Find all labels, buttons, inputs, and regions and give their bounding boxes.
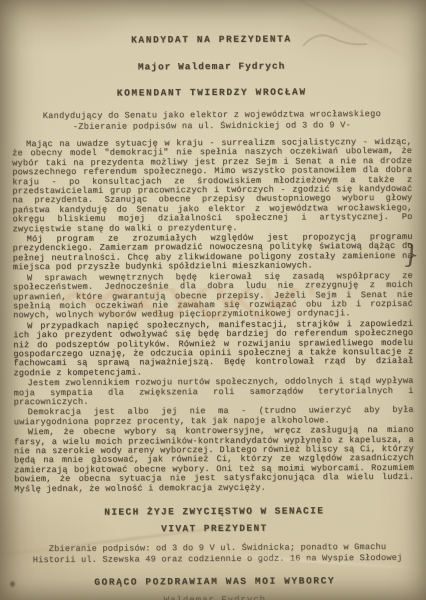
document-title: KANDYDAT NA PREZYDENTA (0, 0, 424, 46)
closing-line: GORĄCO POZDRAWIAM WAS MOI WYBORCY (2, 575, 426, 589)
slogan-president: VIVAT PREZYDENT (1, 522, 426, 536)
candidate-name: Major Waldemar Fydrych (0, 60, 425, 74)
candidate-role: KOMENDANT TWIERDZY WROCŁAW (0, 86, 425, 100)
body-paragraph: Jestem zwolennikiem rozwoju nurtów społe… (13, 377, 413, 408)
signature: Waldemar Fydrych (2, 594, 426, 600)
footer-note: Zbieranie podpisów: od 3 do 9 V ul. Świd… (1, 542, 426, 566)
body-text: Mając na uwadze sytuację w kraju - surre… (0, 138, 426, 495)
body-paragraph: Wiem, że obecne wybory są kontrowersyjne… (14, 426, 414, 494)
corner-ink-mark (9, 580, 16, 588)
body-paragraph: W przypadkach napięć społecznych, manife… (13, 319, 413, 378)
body-paragraph: Mając na uwadze sytuację w kraju - surre… (12, 138, 413, 235)
body-paragraph: Mój program ze zrozumiałych względów jes… (13, 233, 413, 273)
scanned-leaflet: KANDYDAT NA PREZYDENTA Major Waldemar Fy… (0, 0, 426, 600)
header-note: Kandydujący do Senatu jako elektor z woj… (0, 109, 425, 134)
body-paragraph: W sprawach wewnętrznych będę kierował si… (13, 271, 413, 320)
slogan-senate: NIECH ŻYJE ZWYCIĘSTWO W SENACIE (1, 505, 426, 519)
leaflet-content: KANDYDAT NA PREZYDENTA Major Waldemar Fy… (0, 0, 426, 600)
